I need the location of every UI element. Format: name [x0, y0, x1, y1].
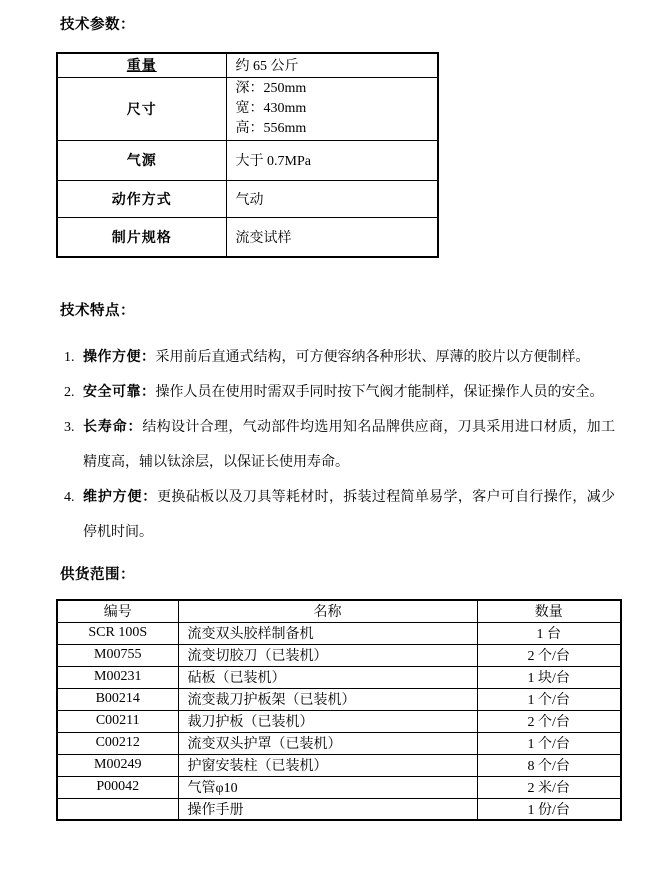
supply-name-2: 流变切胶刀（已装机）	[178, 644, 477, 666]
supply-qty-4: 1 个/台	[477, 688, 621, 710]
spec-value-weight: 约 65 公斤	[226, 53, 438, 77]
spec-value-slice-spec: 流变试样	[226, 217, 438, 257]
supply-qty-6: 1 个/台	[477, 732, 621, 754]
supply-row-9: 操作手册 1 份/台	[57, 798, 621, 820]
feature-item-2: 2.安全可靠：操作人员在使用时需双手同时按下气阀才能制样，保证操作人员的安全。	[64, 375, 615, 410]
feature-label-1: 操作方便：	[83, 350, 156, 365]
supply-qty-2: 2 个/台	[477, 644, 621, 666]
supply-code-2: M00755	[57, 644, 178, 666]
supply-name-9: 操作手册	[178, 798, 477, 820]
supply-row-8: P00042 气管φ10 2 米/台	[57, 776, 621, 798]
feature-text-1: 采用前后直通式结构，可方便容纳各种形状、厚薄的胶片以方便制样。	[156, 350, 590, 365]
dimension-width: 宽：430mm	[236, 99, 437, 119]
spec-label-action-mode: 动作方式	[57, 180, 226, 217]
supply-code-7: M00249	[57, 754, 178, 776]
supply-header-row: 编号 名称 数量	[57, 600, 621, 622]
supply-code-8: P00042	[57, 776, 178, 798]
supply-header-code: 编号	[57, 600, 178, 622]
feature-label-3: 长寿命：	[83, 420, 142, 435]
feature-number-1: 1.	[64, 340, 75, 375]
document-page: 技术参数： 重量 约 65 公斤 尺寸 深：250mm 宽：430mm 高：55…	[0, 0, 671, 871]
supply-code-6: C00212	[57, 732, 178, 754]
supply-table: 编号 名称 数量 SCR 100S 流变双头胶样制备机 1 台 M00755 流…	[56, 599, 622, 821]
supply-name-6: 流变双头护罩（已装机）	[178, 732, 477, 754]
spec-label-weight: 重量	[57, 53, 226, 77]
feature-item-3: 3.长寿命：结构设计合理，气动部件均选用知名品牌供应商，刀具采用进口材质，加工精…	[64, 410, 615, 480]
feature-number-2: 2.	[64, 375, 75, 410]
dimension-depth: 深：250mm	[236, 79, 437, 99]
spec-value-dimensions: 深：250mm 宽：430mm 高：556mm	[226, 77, 438, 140]
supply-qty-1: 1 台	[477, 622, 621, 644]
supply-row-3: M00231 砧板（已装机） 1 块/台	[57, 666, 621, 688]
supply-code-5: C00211	[57, 710, 178, 732]
spec-value-air-supply: 大于 0.7MPa	[226, 140, 438, 180]
supply-header-qty: 数量	[477, 600, 621, 622]
spec-label-dimensions: 尺寸	[57, 77, 226, 140]
supply-name-3: 砧板（已装机）	[178, 666, 477, 688]
supply-qty-3: 1 块/台	[477, 666, 621, 688]
supply-row-1: SCR 100S 流变双头胶样制备机 1 台	[57, 622, 621, 644]
supply-code-4: B00214	[57, 688, 178, 710]
supply-code-1: SCR 100S	[57, 622, 178, 644]
supply-name-4: 流变裁刀护板架（已装机）	[178, 688, 477, 710]
supply-header-name: 名称	[178, 600, 477, 622]
spec-label-weight-text: 重量	[127, 59, 157, 74]
supply-row-7: M00249 护窗安装柱（已装机） 8 个/台	[57, 754, 621, 776]
spec-table: 重量 约 65 公斤 尺寸 深：250mm 宽：430mm 高：556mm 气源…	[56, 52, 439, 258]
spec-row-dimensions: 尺寸 深：250mm 宽：430mm 高：556mm	[57, 77, 438, 140]
supply-code-9	[57, 798, 178, 820]
spec-value-action-mode: 气动	[226, 180, 438, 217]
supply-qty-9: 1 份/台	[477, 798, 621, 820]
spec-row-action-mode: 动作方式 气动	[57, 180, 438, 217]
spec-row-slice-spec: 制片规格 流变试样	[57, 217, 438, 257]
supply-row-5: C00211 裁刀护板（已装机） 2 个/台	[57, 710, 621, 732]
tech-features-heading: 技术特点：	[60, 299, 671, 320]
spec-label-air-supply: 气源	[57, 140, 226, 180]
supply-name-5: 裁刀护板（已装机）	[178, 710, 477, 732]
supply-row-4: B00214 流变裁刀护板架（已装机） 1 个/台	[57, 688, 621, 710]
feature-item-1: 1.操作方便：采用前后直通式结构，可方便容纳各种形状、厚薄的胶片以方便制样。	[64, 340, 615, 375]
supply-name-1: 流变双头胶样制备机	[178, 622, 477, 644]
dimension-height: 高：556mm	[236, 119, 437, 139]
features-list: 1.操作方便：采用前后直通式结构，可方便容纳各种形状、厚薄的胶片以方便制样。 2…	[64, 340, 615, 550]
supply-code-3: M00231	[57, 666, 178, 688]
feature-label-2: 安全可靠：	[83, 385, 156, 400]
feature-text-4: 更换砧板以及刀具等耗材时，拆装过程简单易学，客户可自行操作，减少停机时间。	[83, 490, 615, 540]
feature-label-4: 维护方便：	[83, 490, 157, 505]
supply-qty-5: 2 个/台	[477, 710, 621, 732]
feature-number-3: 3.	[64, 410, 75, 445]
spec-label-slice-spec: 制片规格	[57, 217, 226, 257]
feature-text-3: 结构设计合理，气动部件均选用知名品牌供应商，刀具采用进口材质，加工精度高，辅以钛…	[83, 420, 615, 470]
supply-scope-heading: 供货范围：	[60, 563, 671, 584]
supply-name-8: 气管φ10	[178, 776, 477, 798]
supply-row-2: M00755 流变切胶刀（已装机） 2 个/台	[57, 644, 621, 666]
spec-row-air-supply: 气源 大于 0.7MPa	[57, 140, 438, 180]
supply-qty-7: 8 个/台	[477, 754, 621, 776]
spec-row-weight: 重量 约 65 公斤	[57, 53, 438, 77]
supply-name-7: 护窗安装柱（已装机）	[178, 754, 477, 776]
feature-number-4: 4.	[64, 480, 75, 515]
supply-qty-8: 2 米/台	[477, 776, 621, 798]
tech-params-heading: 技术参数：	[60, 0, 671, 34]
supply-row-6: C00212 流变双头护罩（已装机） 1 个/台	[57, 732, 621, 754]
feature-item-4: 4.维护方便：更换砧板以及刀具等耗材时，拆装过程简单易学，客户可自行操作，减少停…	[64, 480, 615, 550]
feature-text-2: 操作人员在使用时需双手同时按下气阀才能制样，保证操作人员的安全。	[156, 385, 604, 400]
